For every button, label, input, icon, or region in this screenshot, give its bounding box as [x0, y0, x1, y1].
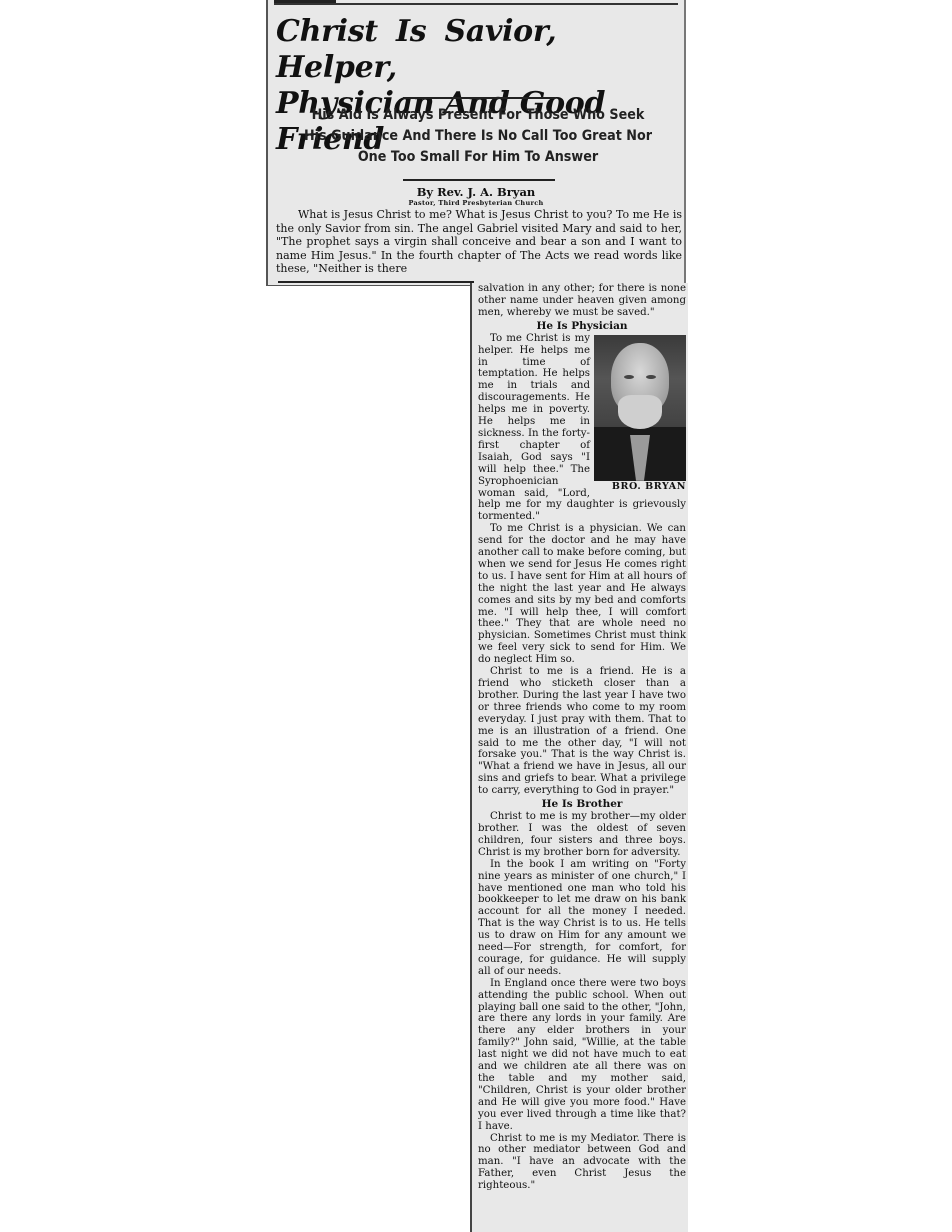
lead-paragraph: What is Jesus Christ to me? What is Jesu…: [276, 208, 682, 276]
subhead-brother: He Is Brother: [478, 798, 686, 811]
paragraph-physician: To me Christ is a physician. We can send…: [478, 523, 686, 666]
paragraph-mediator: Christ to me is my Mediator. There is no…: [478, 1133, 686, 1193]
author-photo-block: BRO. BRYAN: [594, 335, 686, 493]
deck-rule-top: [403, 97, 555, 99]
subhead-physician: He Is Physician: [478, 320, 686, 333]
photo-caption: BRO. BRYAN: [594, 481, 686, 493]
paragraph-book: In the book I am writing on "Forty nine …: [478, 859, 686, 978]
top-rule: [274, 3, 678, 5]
article-header-block: Christ Is Savior, Helper, Physician And …: [266, 0, 686, 286]
deck-rule-bottom: [403, 179, 555, 181]
paragraph-friend: Christ to me is a friend. He is a friend…: [478, 666, 686, 797]
article-column: salvation in any other; for there is non…: [470, 283, 688, 1232]
paragraph-england: In England once there were two boys atte…: [478, 978, 686, 1133]
lead-continuation: salvation in any other; for there is non…: [478, 283, 686, 319]
byline-title: Pastor, Third Presbyterian Church: [268, 199, 684, 207]
deck-subheadline: His Aid Is Always Present For Those Who …: [298, 105, 657, 168]
lead-rule: [278, 281, 474, 283]
headline-line-1: Christ Is Savior, Helper,: [276, 14, 680, 86]
byline: By Rev. J. A. Bryan: [268, 186, 684, 199]
author-photo: [594, 335, 686, 481]
paragraph-brother: Christ to me is my brother—my older brot…: [478, 811, 686, 859]
